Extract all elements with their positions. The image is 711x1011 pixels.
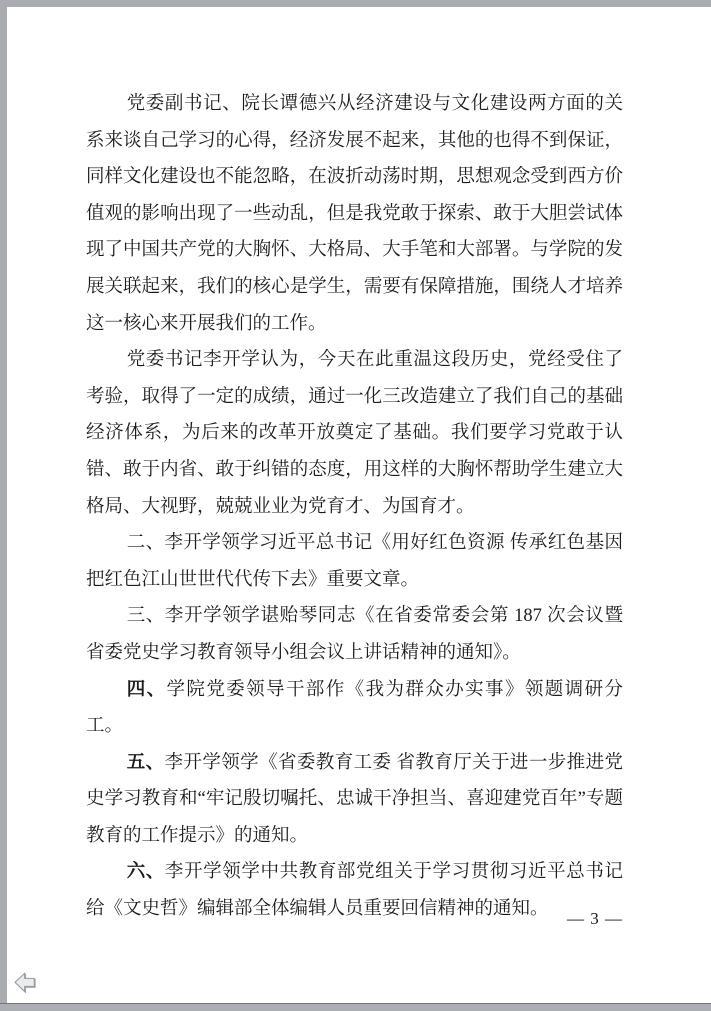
paragraph-number-prefix: 六、 — [127, 862, 165, 882]
paragraph: 六、李开学领学中共教育部党组关于学习贯彻习近平总书记给《文史哲》编辑部全体编辑人… — [86, 854, 623, 927]
paragraph: 三、李开学领学谌贻琴同志《在省委常委会第 187 次会议暨省委党史学习教育领导小… — [86, 598, 623, 671]
paragraph-text: 党委书记李开学认为，今天在此重温这段历史，党经受住了考验，取得了一定的成绩，通过… — [86, 350, 623, 516]
viewer-border-left — [0, 0, 7, 1011]
paragraph-text: 党委副书记、院长谭德兴从经济建设与文化建设两方面的关系来谈自己学习的心得，经济发… — [86, 94, 623, 334]
paragraph: 四、学院党委领导干部作《我为群众办实事》领题调研分工。 — [86, 672, 623, 745]
paragraph: 二、李开学领学习近平总书记《用好红色资源 传承红色基因 把红色江山世世代代传下去… — [86, 525, 623, 598]
paragraph-text: 三、李开学领学谌贻琴同志《在省委常委会第 187 次会议暨省委党史学习教育领导小… — [86, 606, 623, 663]
paragraph-text: 李开学领学中共教育部党组关于学习贯彻习近平总书记给《文史哲》编辑部全体编辑人员重… — [86, 862, 623, 919]
viewer-border-bottom — [0, 1003, 711, 1011]
paragraph-number-prefix: 五、 — [127, 753, 165, 773]
paragraph: 党委书记李开学认为，今天在此重温这段历史，党经受住了考验，取得了一定的成绩，通过… — [86, 342, 623, 525]
paragraph-text: 学院党委领导干部作《我为群众办实事》领题调研分工。 — [86, 680, 623, 737]
paragraph: 党委副书记、院长谭德兴从经济建设与文化建设两方面的关系来谈自己学习的心得，经济发… — [86, 86, 623, 342]
viewer-border-top — [0, 0, 711, 7]
paragraph-text: 二、李开学领学习近平总书记《用好红色资源 传承红色基因 把红色江山世世代代传下去… — [86, 533, 623, 590]
back-arrow-icon[interactable] — [13, 970, 37, 996]
paragraph-text: 李开学领学《省委教育工委 省教育厅关于进一步推进党史学习教育和“牢记殷切嘱托、忠… — [86, 753, 623, 846]
paragraph-number-prefix: 四、 — [127, 680, 167, 700]
paragraph: 五、李开学领学《省委教育工委 省教育厅关于进一步推进党史学习教育和“牢记殷切嘱托… — [86, 745, 623, 855]
document-body: 党委副书记、院长谭德兴从经济建设与文化建设两方面的关系来谈自己学习的心得，经济发… — [86, 86, 623, 928]
page-number: — 3 — — [567, 909, 623, 929]
